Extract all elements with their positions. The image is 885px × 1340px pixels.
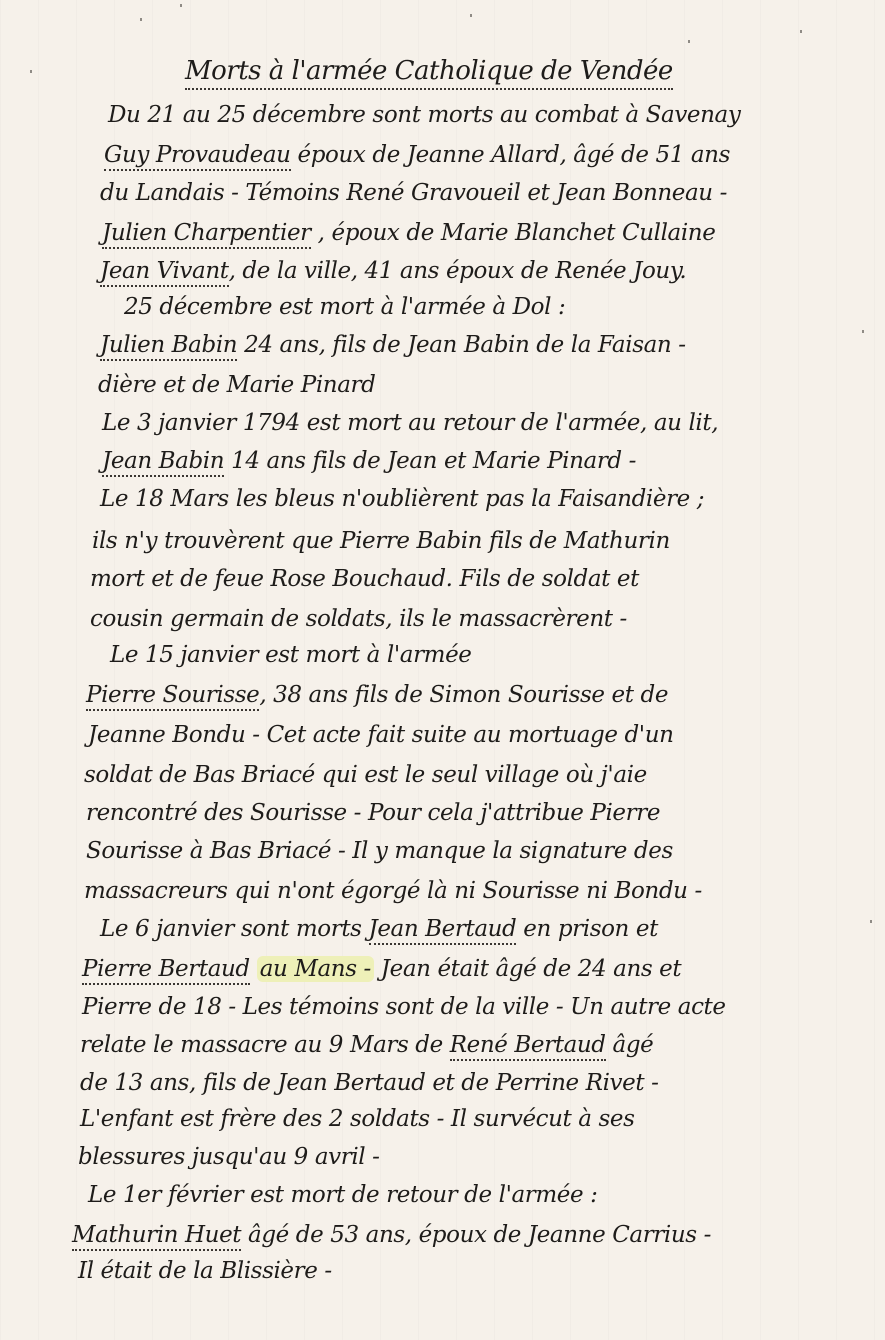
- text-fragment: 25 décembre est mort à l'armée à Dol :: [124, 294, 565, 320]
- text-line: Jean Vivant, de la ville, 41 ans époux d…: [100, 256, 686, 286]
- text-fragment: , 38 ans fils de Simon Sourisse et de: [259, 682, 668, 708]
- paper-speck: [862, 330, 864, 333]
- underlined-name: Pierre Bertaud: [82, 956, 250, 985]
- text-fragment: Jean était âgé de 24 ans et: [374, 956, 681, 982]
- text-fragment: du Landais - Témoins René Gravoueil et J…: [100, 180, 727, 206]
- underlined-name: Pierre Sourisse: [86, 682, 259, 711]
- paper-speck: [470, 14, 472, 17]
- text-fragment: âgé de 53 ans, époux de Jeanne Carrius -: [241, 1222, 711, 1248]
- text-line: Jean Babin 14 ans fils de Jean et Marie …: [102, 446, 636, 476]
- text-fragment: Le 18 Mars les bleus n'oublièrent pas la…: [100, 486, 704, 512]
- highlighted-text: au Mans -: [257, 956, 374, 982]
- text-fragment: en prison et: [516, 916, 658, 942]
- text-line: Il était de la Blissière -: [78, 1256, 332, 1286]
- text-fragment: Du 21 au 25 décembre sont morts au comba…: [108, 102, 740, 128]
- document-title: Morts à l'armée Catholique de Vendée: [185, 56, 673, 90]
- text-line: Julien Charpentier , époux de Marie Blan…: [102, 218, 715, 248]
- text-fragment: 14 ans fils de Jean et Marie Pinard -: [224, 448, 636, 474]
- text-fragment: âgé: [606, 1032, 654, 1058]
- text-line: 25 décembre est mort à l'armée à Dol :: [124, 292, 565, 322]
- text-fragment: [250, 956, 257, 982]
- text-fragment: Le 6 janvier sont morts: [100, 916, 369, 942]
- paper-speck: [180, 4, 182, 7]
- paper-speck: [688, 40, 690, 43]
- text-fragment: blessures jusqu'au 9 avril -: [78, 1144, 380, 1170]
- text-fragment: dière et de Marie Pinard: [98, 372, 375, 398]
- text-fragment: de 13 ans, fils de Jean Bertaud et de Pe…: [80, 1070, 659, 1096]
- text-line: du Landais - Témoins René Gravoueil et J…: [100, 178, 727, 208]
- text-fragment: , de la ville, 41 ans époux de Renée Jou…: [229, 258, 687, 284]
- text-line: Du 21 au 25 décembre sont morts au comba…: [108, 100, 740, 130]
- underlined-name: Jean Vivant: [100, 258, 229, 287]
- text-line: Sourisse à Bas Briacé - Il y manque la s…: [86, 836, 673, 866]
- text-fragment: soldat de Bas Briacé qui est le seul vil…: [84, 762, 647, 788]
- text-fragment: Sourisse à Bas Briacé - Il y manque la s…: [86, 838, 673, 864]
- text-line: relate le massacre au 9 Mars de René Ber…: [80, 1030, 653, 1060]
- text-fragment: Il était de la Blissière -: [78, 1258, 332, 1284]
- text-line: Mathurin Huet âgé de 53 ans, époux de Je…: [72, 1220, 711, 1250]
- text-fragment: cousin germain de soldats, ils le massac…: [90, 606, 627, 632]
- text-fragment: Le 3 janvier 1794 est mort au retour de …: [102, 410, 718, 436]
- underlined-name: Jean Bertaud: [369, 916, 517, 945]
- text-line: cousin germain de soldats, ils le massac…: [90, 604, 627, 634]
- paper-speck: [800, 30, 802, 33]
- text-line: Le 15 janvier est mort à l'armée: [110, 640, 472, 670]
- text-line: dière et de Marie Pinard: [98, 370, 375, 400]
- underlined-name: René Bertaud: [450, 1032, 606, 1061]
- underlined-name: Julien Charpentier: [102, 220, 311, 249]
- text-line: Jeanne Bondu - Cet acte fait suite au mo…: [88, 720, 674, 750]
- text-fragment: relate le massacre au 9 Mars de: [80, 1032, 450, 1058]
- text-line: blessures jusqu'au 9 avril -: [78, 1142, 380, 1172]
- underlined-name: Julien Babin: [100, 332, 237, 361]
- text-fragment: , époux de Marie Blanchet Cullaine: [311, 220, 716, 246]
- text-fragment: Le 15 janvier est mort à l'armée: [110, 642, 472, 668]
- text-fragment: Le 1er février est mort de retour de l'a…: [88, 1182, 598, 1208]
- paper-speck: [140, 18, 142, 21]
- text-fragment: mort et de feue Rose Bouchaud. Fils de s…: [90, 566, 639, 592]
- text-fragment: rencontré des Sourisse - Pour cela j'att…: [86, 800, 660, 826]
- text-line: Le 18 Mars les bleus n'oublièrent pas la…: [100, 484, 704, 514]
- text-line: Le 1er février est mort de retour de l'a…: [88, 1180, 598, 1210]
- text-line: Pierre Sourisse, 38 ans fils de Simon So…: [86, 680, 668, 710]
- text-fragment: époux de Jeanne Allard, âgé de 51 ans: [291, 142, 730, 168]
- paper-speck: [870, 920, 872, 923]
- text-line: Julien Babin 24 ans, fils de Jean Babin …: [100, 330, 686, 360]
- document-page: Morts à l'armée Catholique de Vendée Du …: [0, 0, 885, 1340]
- text-line: de 13 ans, fils de Jean Bertaud et de Pe…: [80, 1068, 659, 1098]
- underlined-name: Jean Babin: [102, 448, 224, 477]
- underlined-name: Guy Provaudeau: [104, 142, 291, 171]
- text-line: rencontré des Sourisse - Pour cela j'att…: [86, 798, 660, 828]
- text-line: Pierre Bertaud au Mans - Jean était âgé …: [82, 954, 681, 984]
- text-line: ils n'y trouvèrent que Pierre Babin fils…: [92, 526, 670, 556]
- text-fragment: 24 ans, fils de Jean Babin de la Faisan …: [237, 332, 685, 358]
- text-line: Le 3 janvier 1794 est mort au retour de …: [102, 408, 718, 438]
- text-fragment: Pierre de 18 - Les témoins sont de la vi…: [82, 994, 726, 1020]
- text-fragment: L'enfant est frère des 2 soldats - Il su…: [80, 1106, 635, 1132]
- text-line: massacreurs qui n'ont égorgé là ni Souri…: [84, 876, 702, 906]
- text-line: Le 6 janvier sont morts Jean Bertaud en …: [100, 914, 658, 944]
- text-line: Guy Provaudeau époux de Jeanne Allard, â…: [104, 140, 730, 170]
- text-line: L'enfant est frère des 2 soldats - Il su…: [80, 1104, 635, 1134]
- text-line: soldat de Bas Briacé qui est le seul vil…: [84, 760, 647, 790]
- text-line: Pierre de 18 - Les témoins sont de la vi…: [82, 992, 726, 1022]
- text-fragment: massacreurs qui n'ont égorgé là ni Souri…: [84, 878, 702, 904]
- text-fragment: Jeanne Bondu - Cet acte fait suite au mo…: [88, 722, 674, 748]
- underlined-name: Mathurin Huet: [72, 1222, 241, 1251]
- text-fragment: ils n'y trouvèrent que Pierre Babin fils…: [92, 528, 670, 554]
- text-line: mort et de feue Rose Bouchaud. Fils de s…: [90, 564, 639, 594]
- paper-speck: [30, 70, 32, 73]
